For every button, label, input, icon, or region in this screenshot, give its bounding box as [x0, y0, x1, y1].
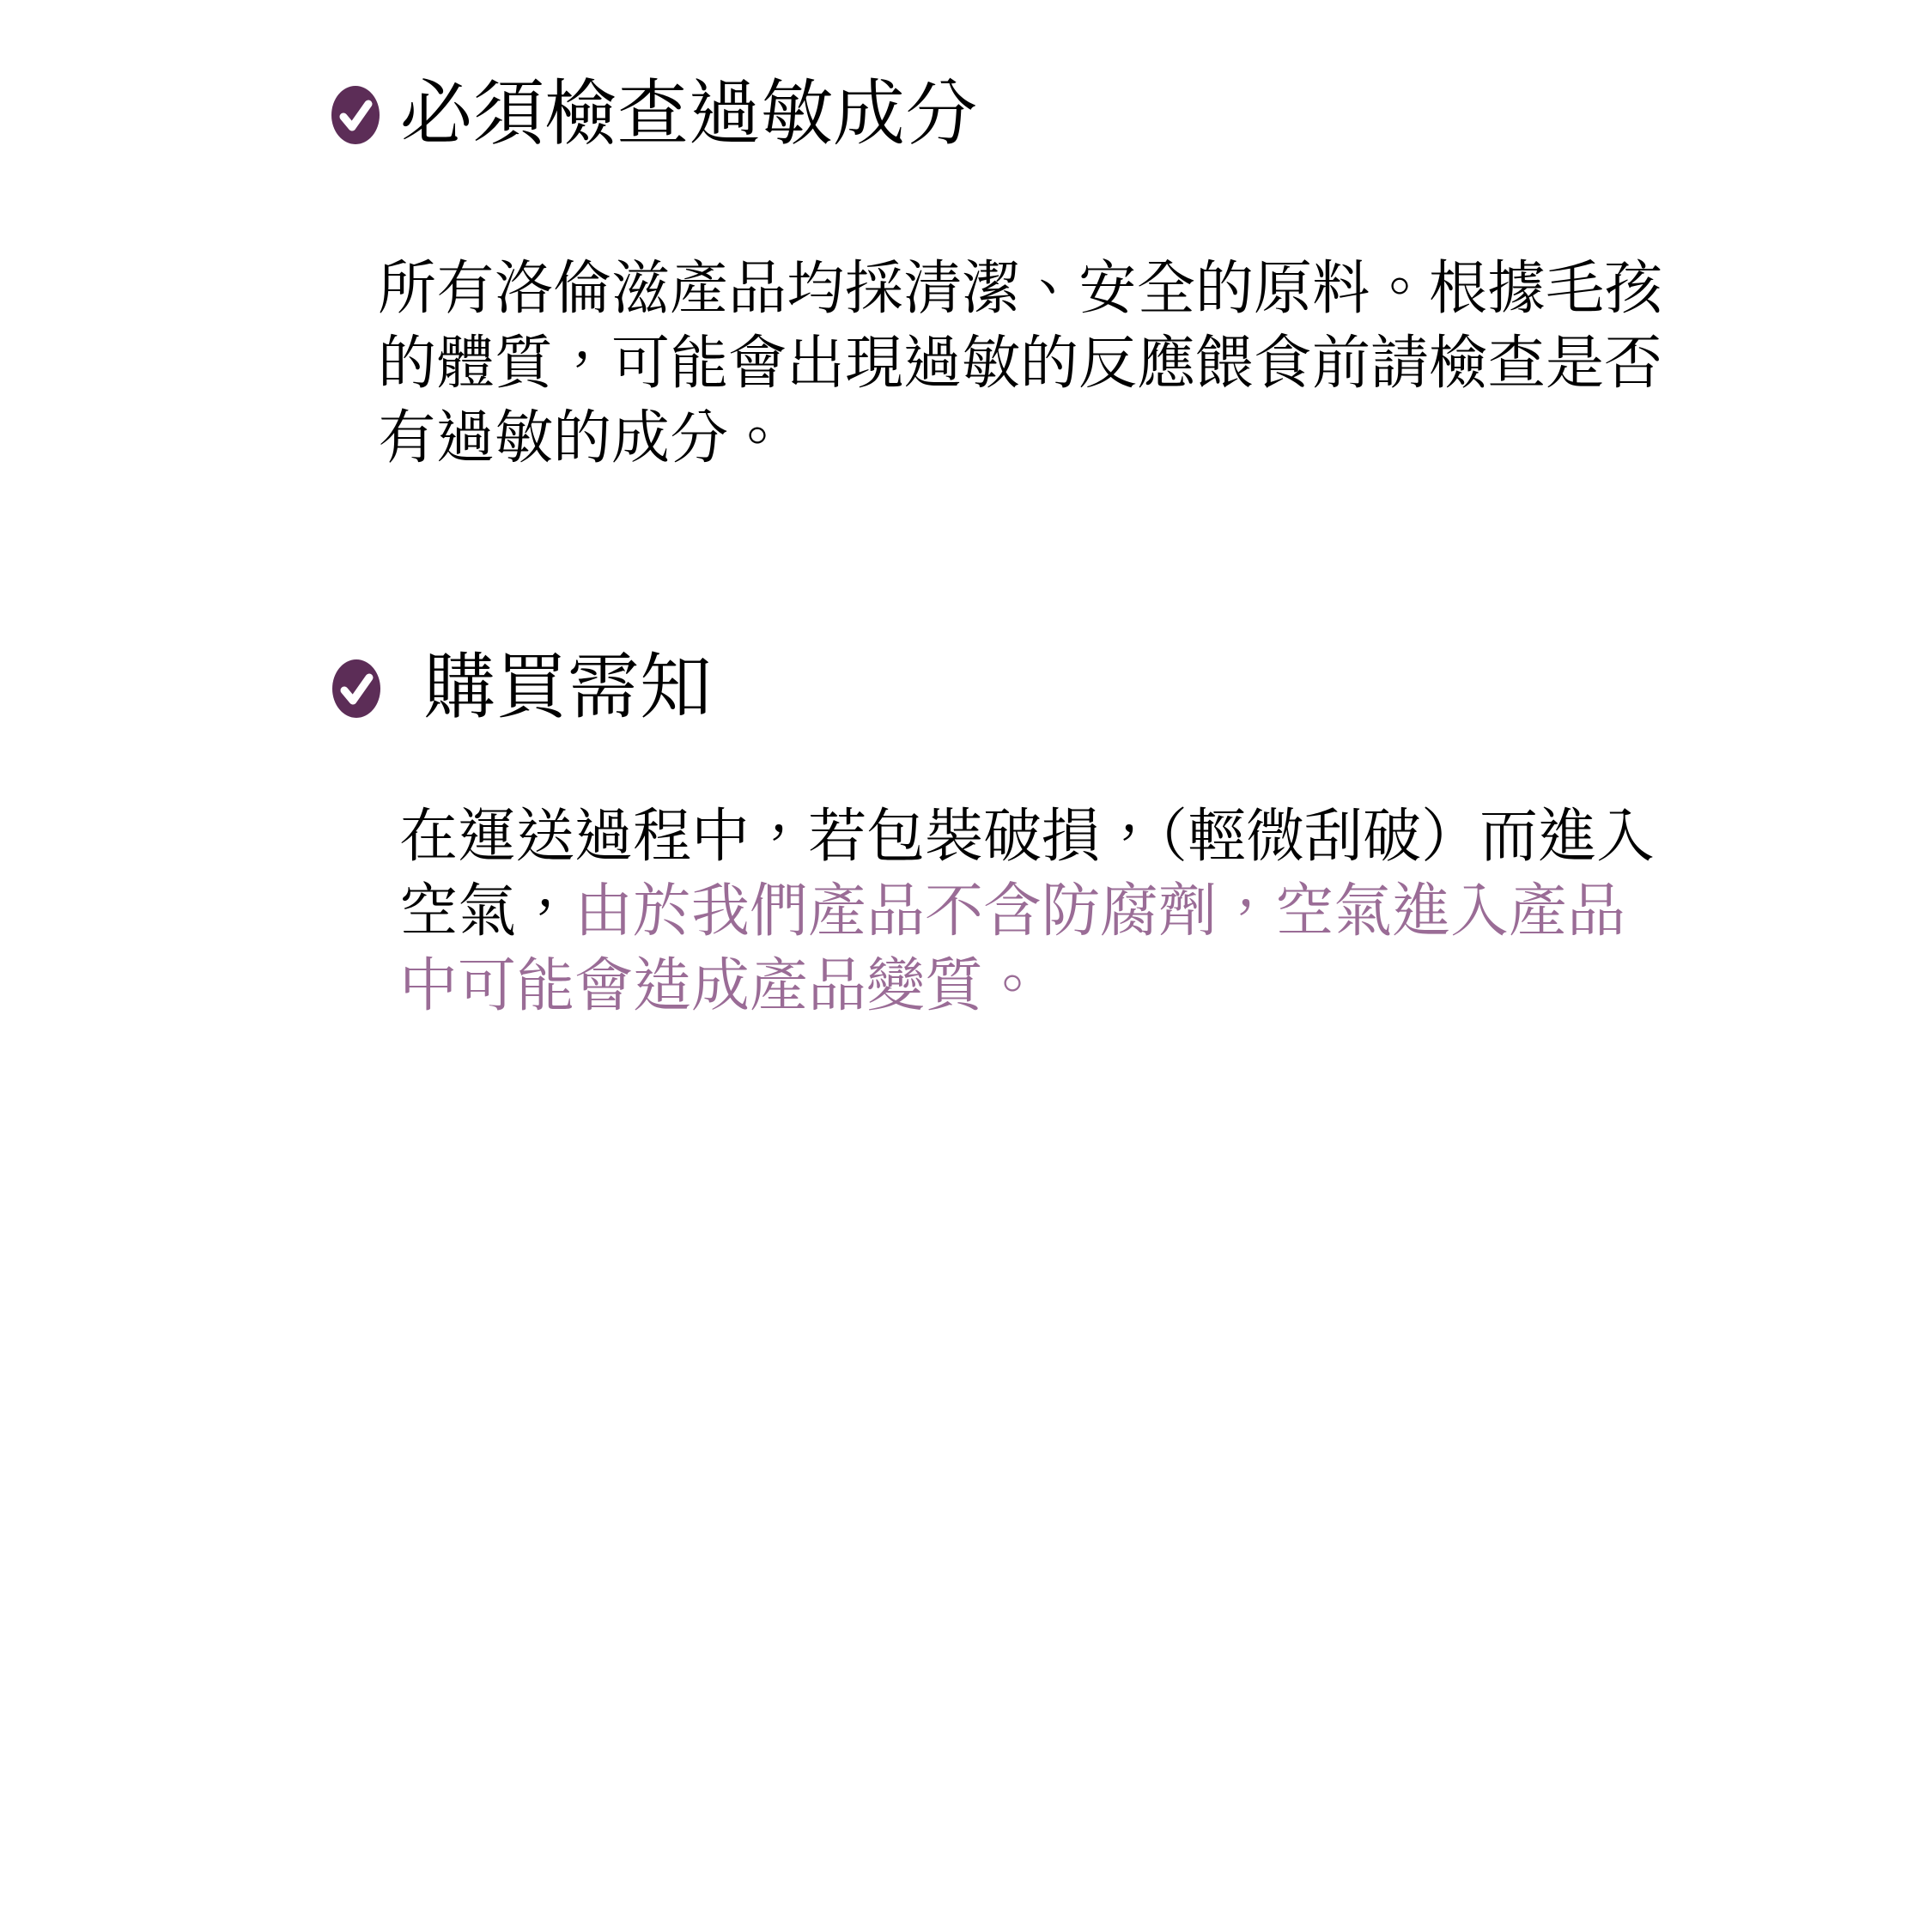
purchase-paragraph-line-1: 在運送過程中，若包裝破損，（輕微刮破）而進入	[399, 799, 1655, 874]
allergy-paragraph: 所有洛倫滋產品均採清潔、安全的原料。根據毛孩 的體質，可能會出現過敏的反應餵食前…	[378, 252, 1662, 476]
purchase-paragraph-line-2: 空氣，由於我們產品不含防腐劑，空氣進入產品	[399, 874, 1655, 949]
check-circle-icon	[331, 86, 380, 144]
allergy-paragraph-line-2: 的體質，可能會出現過敏的反應餵食前請檢查是否	[378, 326, 1662, 401]
purchase-line-2-black-text: 空氣，	[399, 878, 574, 944]
allergy-section-heading: 必須檢查過敏成分	[331, 76, 977, 155]
purchase-notice-heading-text: 購買需知	[423, 649, 712, 728]
purchase-notice-heading: 購買需知	[332, 649, 712, 728]
allergy-paragraph-line-1: 所有洛倫滋產品均採清潔、安全的原料。根據毛孩	[378, 252, 1662, 326]
allergy-paragraph-line-3: 有過敏的成分。	[378, 401, 1662, 476]
purchase-notice-paragraph: 在運送過程中，若包裝破損，（輕微刮破）而進入 空氣，由於我們產品不含防腐劑，空氣…	[399, 799, 1655, 1024]
purchase-paragraph-line-3: 中可能會造成產品變質。	[399, 949, 1655, 1024]
allergy-heading-text: 必須檢查過敏成分	[400, 76, 977, 155]
product-info-page: 必須檢查過敏成分 所有洛倫滋產品均採清潔、安全的原料。根據毛孩 的體質，可能會出…	[0, 0, 1932, 1932]
purchase-line-2-highlight-text: 由於我們產品不含防腐劑，空氣進入產品	[574, 878, 1625, 944]
check-circle-icon	[332, 659, 380, 718]
